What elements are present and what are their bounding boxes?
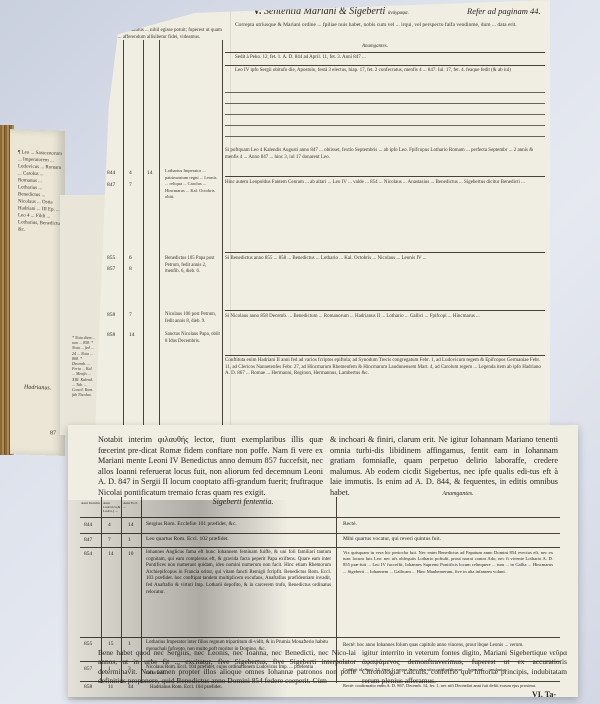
row-assessment: Vix quisquam in vera hic periocha fuit. … — [343, 550, 553, 575]
closing-left-text: Bene habet quod nec Sergius, nec Leonis,… — [98, 648, 356, 686]
row1-label: Sedit à Peko. 12, fet. 1. A. D. 844 ad A… — [235, 55, 535, 62]
value-cell: 14 — [129, 332, 135, 338]
margin-note: * Nota diem ... non ... 858. * Nota ... … — [72, 335, 96, 397]
paragraph-5: Conftituta enim Hadriani II anni fed ad … — [225, 358, 545, 378]
intro-left-paragraph: Notabit interim φιλαυθής lector, fiunt e… — [98, 435, 323, 498]
left-page-number: 87 — [50, 430, 56, 436]
divider — [225, 65, 545, 66]
section-title-suffix: ἀνάγραφα. — [388, 11, 409, 16]
value-cell: 7 — [129, 182, 132, 188]
left-page-text: ¶ Leo ... Saracenorum ... Imperatorem ..… — [18, 149, 62, 235]
value-cell: 6 — [129, 255, 132, 261]
year-cell: 844 — [107, 170, 115, 176]
catchword: VI. Ta- — [532, 690, 556, 699]
column-rule — [123, 40, 124, 430]
divider — [225, 252, 545, 253]
year-cell: 858 — [107, 312, 115, 318]
paragraph-4: Si Nicolaus anno 858 Decemb. ... Benedic… — [225, 314, 545, 321]
paragraph-2: Hinc autem Leopoldus Fantem Cenram ... a… — [225, 180, 545, 187]
column-rule — [159, 40, 160, 430]
year-cell: 847 — [107, 182, 115, 188]
divider — [225, 355, 545, 356]
table-text-2: Benedictus 105 Papa post Petrum, fedit a… — [165, 256, 220, 276]
value-cell: 4 — [129, 170, 132, 176]
table-text-3: Nicolaus 106 post Petrum, fedit annis 8,… — [165, 312, 220, 325]
column-rule — [222, 40, 223, 430]
closing-right-text: igitur interrito in veterum fontes digit… — [362, 648, 567, 686]
right-table-heading: Anamgantes. — [398, 491, 518, 497]
value-cell: 14 — [147, 170, 153, 176]
paragraph-3: Si Benedictus anno 855 ... 858 ... Bened… — [225, 256, 545, 263]
left-book-page: ¶ Leo ... Saracenorum ... Imperatorem ..… — [10, 129, 65, 456]
divider — [225, 52, 545, 53]
value-cell: 8 — [129, 266, 132, 272]
refer-note: Refer ad paginam 44. — [467, 6, 541, 16]
row-assessment: Rectè. — [343, 521, 553, 527]
blank-ruled-lines — [225, 92, 545, 147]
foldout-top-sheet: V. Sententia Mariani & Sigeberti ἀνάγραφ… — [95, 0, 550, 430]
paragraph-1: Si poftquam Leo 4 Kalendis Augusti anno … — [225, 148, 545, 161]
intro-text: Correpta utriusque & Mariani ordine ... … — [235, 22, 535, 29]
table-text-1: Lotharius Imperator ... patrimonium regn… — [165, 168, 220, 201]
subheading: Anamgantes. — [335, 44, 415, 51]
section-title-text: Sententia Mariani & Sigeberti — [264, 6, 385, 17]
table-text-4: Sanctus Nicolaus Papa, obiit 8 Idus Dece… — [165, 332, 220, 345]
year-cell: 855 — [107, 255, 115, 261]
year-cell: 857 — [107, 266, 115, 272]
intro-right-paragraph: & inchoari & finiri, clarum erit. Ne igi… — [330, 435, 558, 498]
row-assessment: Mihi quartus vocatur, qui reveri quintus… — [343, 536, 553, 542]
left-header-text: Pollquam Adamus ... nihil egisse potuit;… — [107, 28, 232, 41]
year-cell: 858 — [107, 332, 115, 338]
row2-text: Leo IV ipfo Sergii obitufo die, Apostolo… — [235, 68, 545, 75]
section-title: V. Sententia Mariani & Sigeberti ἀνάγραφ… — [253, 6, 409, 18]
left-page-footer: Hadrianus. — [24, 385, 51, 392]
divider — [225, 176, 545, 177]
section-label: V. — [253, 6, 261, 17]
divider — [225, 310, 545, 311]
value-cell: 7 — [129, 312, 132, 318]
column-rule — [143, 40, 144, 430]
